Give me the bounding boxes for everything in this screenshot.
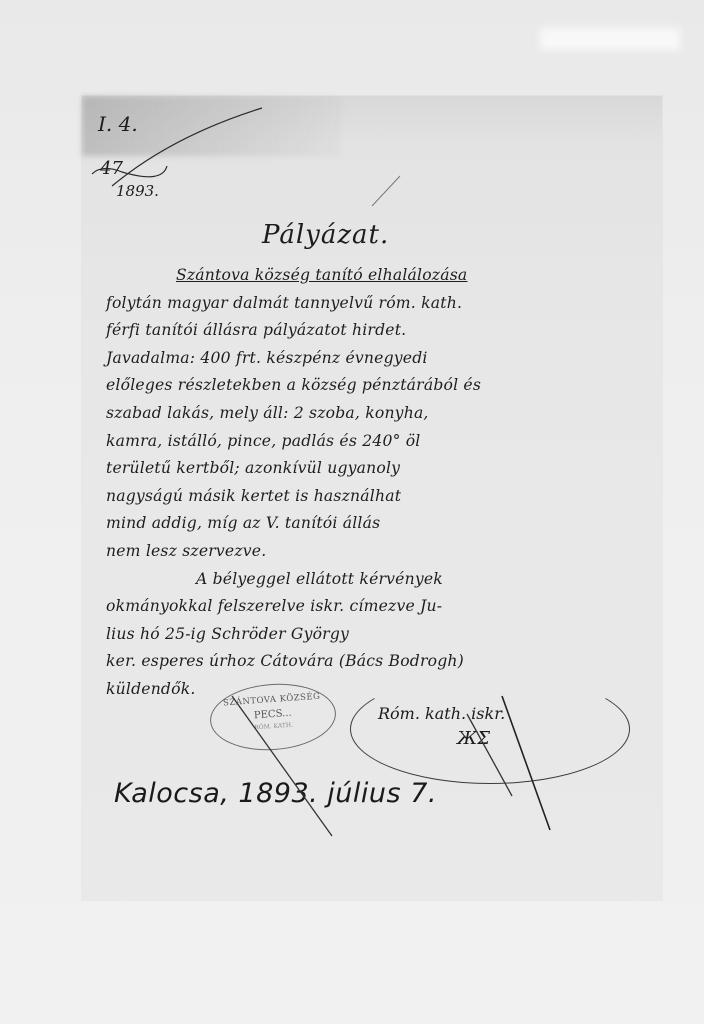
body-line: okmányokkal felszerelve iskr. címezve Ju… (106, 593, 662, 621)
body-line: A bélyeggel ellátott kérvények (106, 566, 662, 594)
body-line: nem lesz szervezve. (106, 538, 662, 566)
background-glare (540, 28, 680, 50)
body-line: folytán magyar dalmát tannyelvű róm. kat… (106, 290, 662, 318)
body-line: területű kertből; azonkívül ugyanoly (106, 455, 662, 483)
body-line: mind addig, míg az V. tanítói állás (106, 510, 662, 538)
signature-flourish (350, 674, 630, 784)
place-and-date: Kalocsa, 1893. július 7. (114, 778, 437, 809)
letter-sheet: I. 4. 47 1893. Pályázat. Szántova község… (82, 96, 662, 900)
reference-mark: I. 4. (98, 112, 138, 136)
body-line: kamra, istálló, pince, padlás és 240° öl (106, 428, 662, 456)
signature: Róm. kath. iskr. (378, 704, 505, 723)
body-line: ker. esperes úrhoz Cátovára (Bács Bodrog… (106, 648, 662, 676)
body-line: előleges részletekben a község pénztáráb… (106, 372, 662, 400)
body-line: Szántova község tanító elhalálozása (106, 262, 662, 290)
letter-body: Szántova község tanító elhalálozása foly… (106, 262, 662, 704)
reference-year: 1893. (116, 182, 159, 200)
body-line: férfi tanítói állásra pályázatot hirdet. (106, 317, 662, 345)
village-name: Szántova község tanító elhalálozása (176, 266, 467, 284)
letter-title: Pályázat. (262, 220, 389, 250)
body-line: szabad lakás, mely áll: 2 szoba, konyha, (106, 400, 662, 428)
body-line: Javadalma: 400 frt. készpénz évnegyedi (106, 345, 662, 373)
body-line: nagyságú másik kertet is használhat (106, 483, 662, 511)
paraph-mark: ЖΣ (457, 728, 490, 749)
reference-number: 47 (100, 158, 123, 179)
body-line: lius hó 25-ig Schröder György (106, 621, 662, 649)
